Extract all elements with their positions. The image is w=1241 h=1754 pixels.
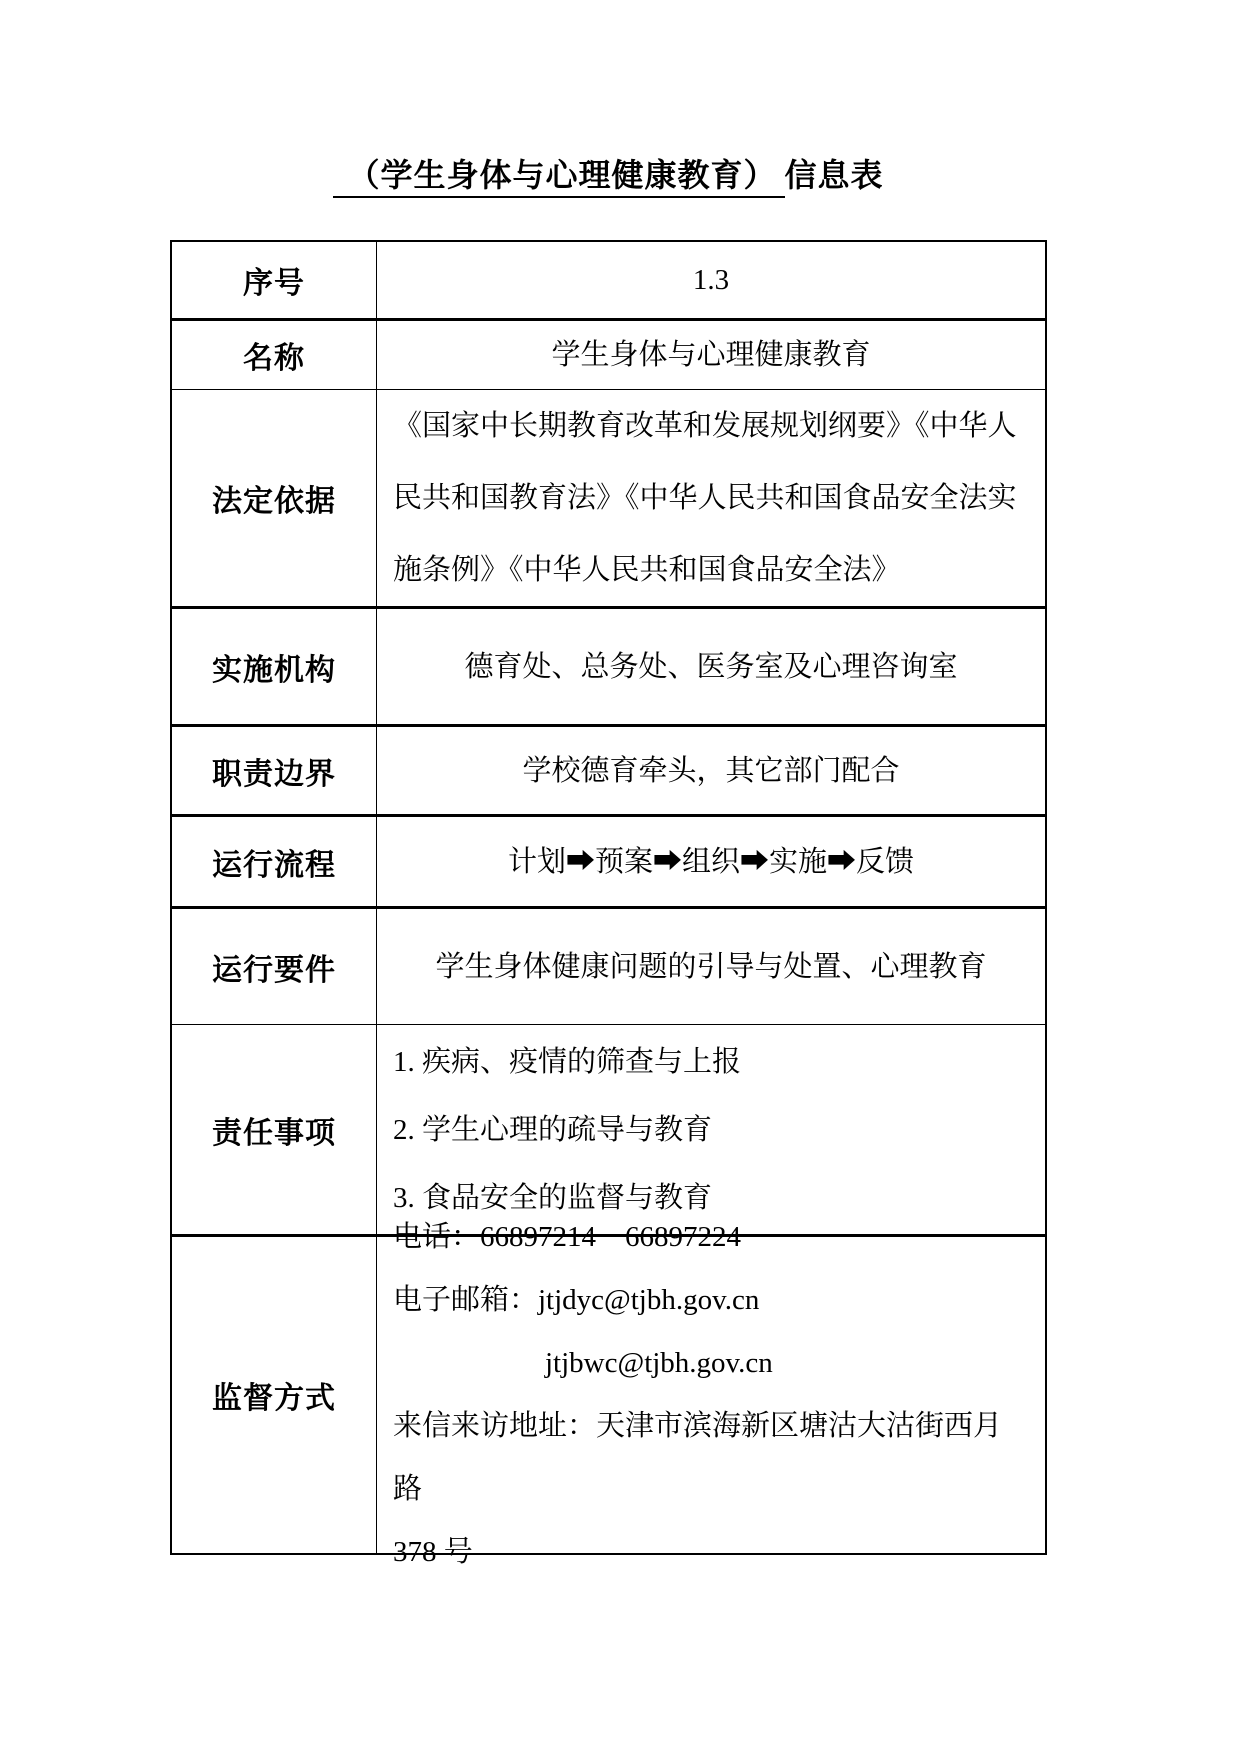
responsibility-item-2: 2. 学生心理的疏导与教育 [393, 1096, 1029, 1164]
legal-basis-line-1: 《国家中长期教育改革和发展规划纲要》《中华人 [393, 390, 1029, 462]
row-value-implementing-agency: 德育处、总务处、医务室及心理咨询室 [377, 609, 1045, 724]
responsibility-boundary-value: 学校德育牵头，其它部门配合 [393, 738, 1029, 804]
row-label-responsibility-items: 责任事项 [172, 1025, 377, 1234]
row-label-responsibility-boundary: 职责边界 [172, 727, 377, 814]
supervision-address-line-2: 378 号 [393, 1521, 1029, 1584]
title-underlined-text: （学生身体与心理健康教育） [333, 157, 784, 198]
supervision-phone-line: 电话：66897214 66897224 [393, 1206, 1029, 1269]
table-row-responsibility-items: 责任事项 1. 疾病、疫情的筛查与上报 2. 学生心理的疏导与教育 3. 食品安… [172, 1024, 1045, 1234]
table-row-supervision-method: 监督方式 电话：66897214 66897224 电子邮箱：jtjdyc@tj… [172, 1234, 1045, 1553]
row-value-serial-number: 1.3 [377, 242, 1045, 318]
table-row-operation-process: 运行流程 计划➡预案➡组织➡实施➡反馈 [172, 814, 1045, 906]
row-value-supervision-method: 电话：66897214 66897224 电子邮箱：jtjdyc@tjbh.go… [377, 1237, 1045, 1553]
table-row-name: 名称 学生身体与心理健康教育 [172, 318, 1045, 389]
row-value-operation-requirements: 学生身体健康问题的引导与处置、心理教育 [377, 909, 1045, 1024]
row-label-name: 名称 [172, 321, 377, 389]
row-label-serial-number: 序号 [172, 242, 377, 318]
operation-requirements-value: 学生身体健康问题的引导与处置、心理教育 [393, 934, 1029, 1000]
supervision-email-line-1: 电子邮箱：jtjdyc@tjbh.gov.cn [393, 1269, 1029, 1332]
row-value-legal-basis: 《国家中长期教育改革和发展规划纲要》《中华人 民共和国教育法》《中华人民共和国食… [377, 390, 1045, 606]
table-row-implementing-agency: 实施机构 德育处、总务处、医务室及心理咨询室 [172, 606, 1045, 724]
row-value-responsibility-boundary: 学校德育牵头，其它部门配合 [377, 727, 1045, 814]
legal-basis-line-2: 民共和国教育法》《中华人民共和国食品安全法实 [393, 462, 1029, 534]
name-value: 学生身体与心理健康教育 [393, 322, 1029, 388]
supervision-address-line-1: 来信来访地址：天津市滨海新区塘沽大沽街西月路 [393, 1395, 1029, 1521]
responsibility-item-1: 1. 疾病、疫情的筛查与上报 [393, 1028, 1029, 1096]
info-table: 序号 1.3 名称 学生身体与心理健康教育 法定依据 《国家中长期教育改革和发展… [170, 240, 1047, 1555]
supervision-email-line-2: jtjbwc@tjbh.gov.cn [393, 1332, 1029, 1395]
row-value-operation-process: 计划➡预案➡组织➡实施➡反馈 [377, 817, 1045, 906]
row-label-operation-process: 运行流程 [172, 817, 377, 906]
row-value-name: 学生身体与心理健康教育 [377, 321, 1045, 389]
table-row-legal-basis: 法定依据 《国家中长期教育改革和发展规划纲要》《中华人 民共和国教育法》《中华人… [172, 389, 1045, 606]
implementing-agency-value: 德育处、总务处、医务室及心理咨询室 [393, 634, 1029, 700]
table-row-responsibility-boundary: 职责边界 学校德育牵头，其它部门配合 [172, 724, 1045, 814]
row-label-supervision-method: 监督方式 [172, 1237, 377, 1553]
row-value-responsibility-items: 1. 疾病、疫情的筛查与上报 2. 学生心理的疏导与教育 3. 食品安全的监督与… [377, 1025, 1045, 1234]
document-page: （学生身体与心理健康教育）信息表 序号 1.3 名称 学生身体与心理健康教育 法… [0, 0, 1241, 1754]
title-suffix-text: 信息表 [785, 157, 884, 193]
row-label-legal-basis: 法定依据 [172, 390, 377, 606]
row-label-implementing-agency: 实施机构 [172, 609, 377, 724]
row-label-operation-requirements: 运行要件 [172, 909, 377, 1024]
legal-basis-line-3: 施条例》《中华人民共和国食品安全法》 [393, 534, 1029, 606]
serial-number-value: 1.3 [393, 247, 1029, 313]
table-row-serial-number: 序号 1.3 [172, 242, 1045, 318]
table-row-operation-requirements: 运行要件 学生身体健康问题的引导与处置、心理教育 [172, 906, 1045, 1024]
document-title: （学生身体与心理健康教育）信息表 [170, 150, 1047, 196]
operation-process-value: 计划➡预案➡组织➡实施➡反馈 [393, 829, 1029, 895]
